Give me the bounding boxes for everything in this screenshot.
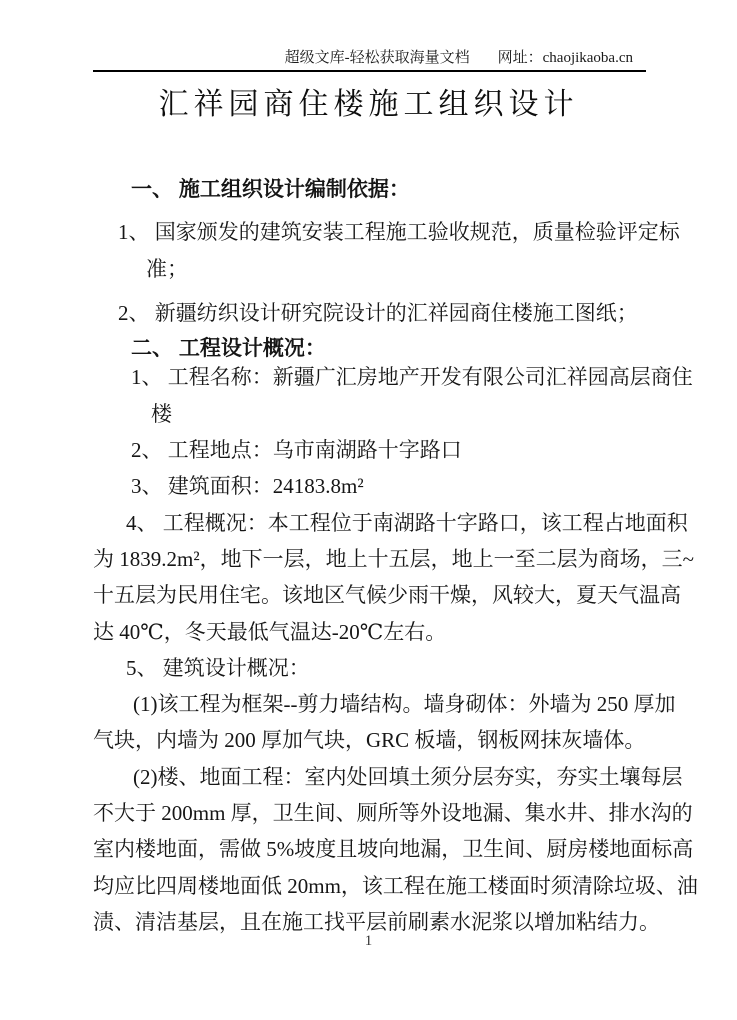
document-title: 汇祥园商住楼施工组织设计: [0, 79, 737, 123]
doc-line: 室内楼地面，需做 5%坡度且坡向地漏，卫生间、厨房楼地面标高: [93, 831, 653, 867]
doc-line: 准；: [93, 251, 653, 287]
doc-line: (1)该工程为框架--剪力墙结构。墙身砌体：外墙为 250 厚加: [93, 686, 653, 722]
doc-line: 2、 新疆纺织设计研究院设计的汇祥园商住楼施工图纸；: [93, 295, 653, 331]
doc-line: 均应比四周楼地面低 20mm，该工程在施工楼面时须清除垃圾、油: [93, 868, 653, 904]
page-header: 超级文库-轻松获取海量文档网址：chaojikaoba.cn: [285, 46, 633, 67]
doc-line: (2)楼、地面工程：室内处回填土须分层夯实，夯实土壤每层: [93, 759, 653, 795]
doc-line: 气块，内墙为 200 厚加气块，GRC 板墙，钢板网抹灰墙体。: [93, 722, 653, 758]
doc-line: 5、 建筑设计概况：: [93, 650, 653, 686]
doc-line: 4、 工程概况：本工程位于南湖路十字路口，该工程占地面积: [93, 505, 653, 541]
section-heading-1: 一、 施工组织设计编制依据：: [93, 172, 653, 208]
header-divider: [93, 70, 646, 72]
doc-line: 十五层为民用住宅。该地区气候少雨干燥，风较大，夏天气温高: [93, 577, 653, 613]
doc-line: 1、 工程名称：新疆广汇房地产开发有限公司汇祥园高层商住: [93, 359, 653, 395]
url-label: 网址：: [498, 50, 543, 66]
doc-line: 为 1839.2m²，地下一层，地上十五层，地上一至二层为商场，三~: [93, 541, 653, 577]
doc-line: 不大于 200mm 厚，卫生间、厕所等外设地漏、集水井、排水沟的: [93, 795, 653, 831]
page-number: 1: [0, 933, 737, 950]
document-body: 一、 施工组织设计编制依据： 1、 国家颁发的建筑安装工程施工验收规范，质量检验…: [93, 172, 653, 940]
document-page: 超级文库-轻松获取海量文档网址：chaojikaoba.cn 汇祥园商住楼施工组…: [0, 0, 737, 1020]
doc-line: 1、 国家颁发的建筑安装工程施工验收规范，质量检验评定标: [93, 214, 653, 250]
doc-line: 3、 建筑面积：24183.8m²: [93, 468, 653, 504]
site-url: chaojikaoba.cn: [543, 50, 633, 66]
doc-line: 2、 工程地点：乌市南湖路十字路口: [93, 432, 653, 468]
doc-line: 楼: [93, 396, 653, 432]
site-tagline: 超级文库-轻松获取海量文档: [285, 50, 470, 66]
doc-line: 达 40℃，冬天最低气温达-20℃左右。: [93, 614, 653, 650]
